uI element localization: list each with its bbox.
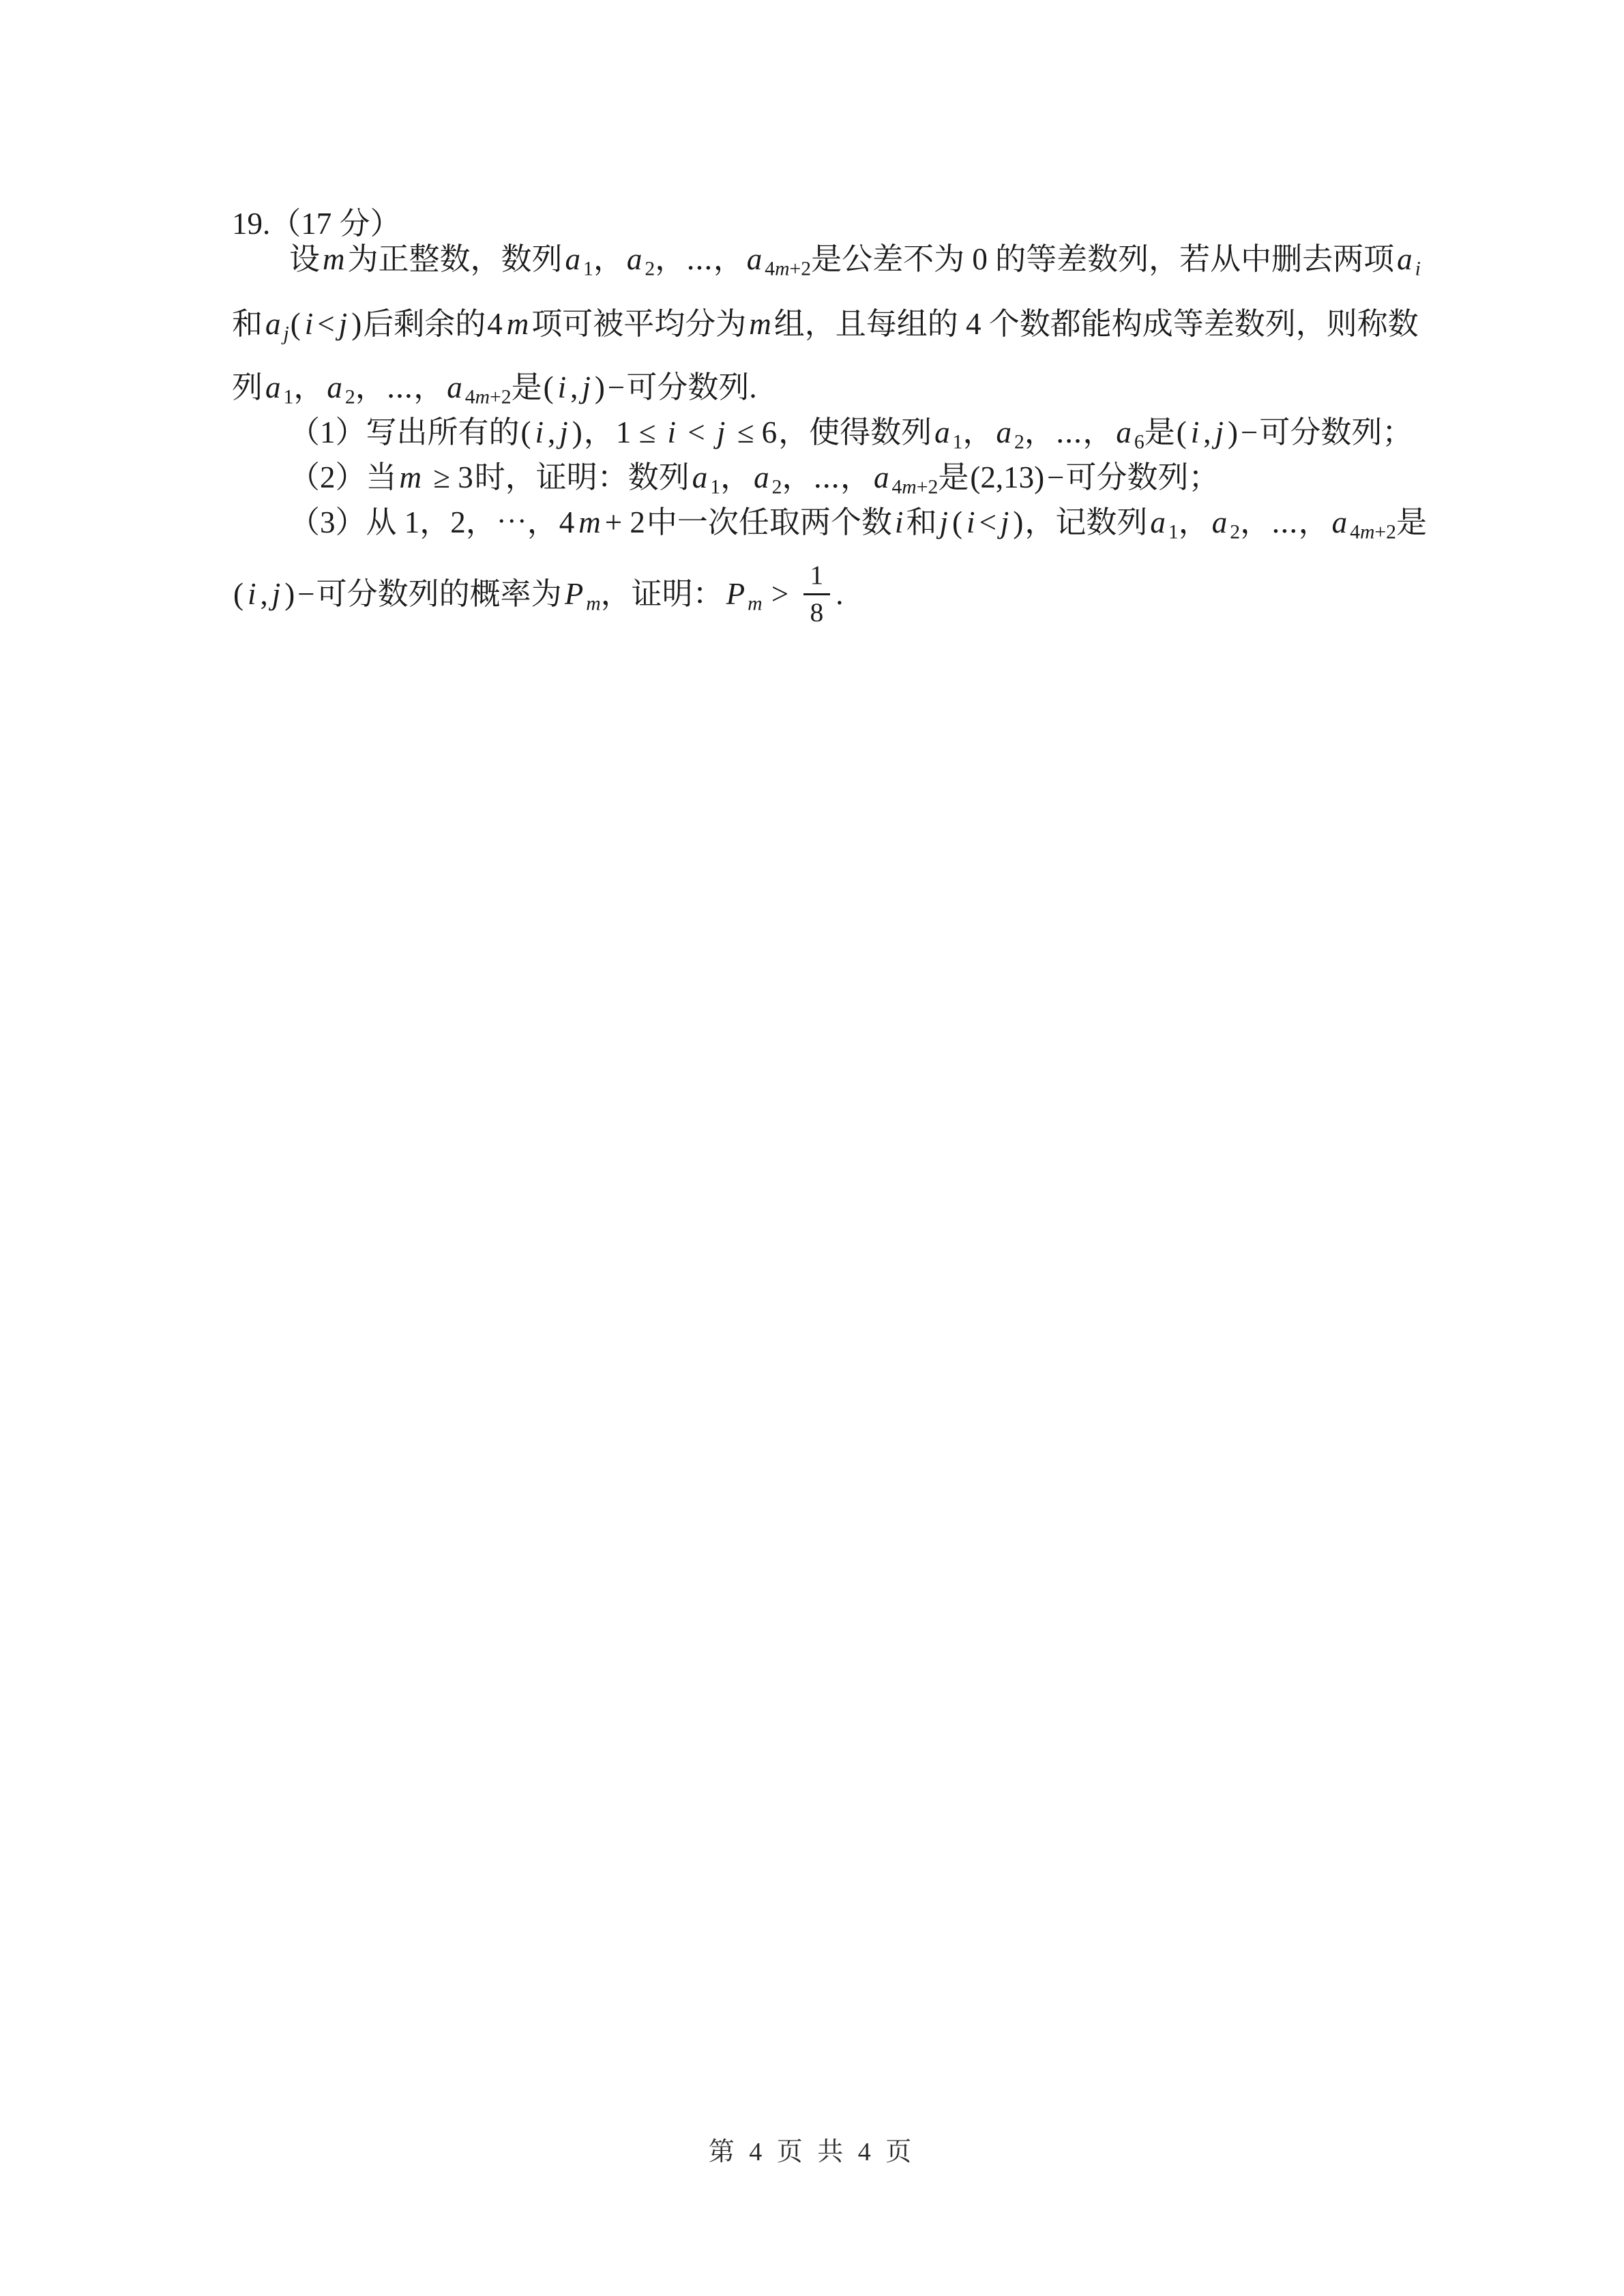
text-run: 2 (1230, 521, 1240, 543)
text-run: 1 ≤ (616, 415, 664, 449)
text-run: − (297, 577, 314, 611)
text-run: 组，且每组的 4 个数都能构成等差数列，则称数 (774, 307, 1419, 341)
text-run: − (1047, 460, 1064, 494)
text-run: 列 (232, 370, 263, 404)
text-run: 可分数列的概率为 (316, 577, 562, 611)
text-run: i (535, 415, 544, 449)
text-run: ， (584, 415, 615, 449)
text-run: ， (1179, 505, 1209, 539)
text-run: i (248, 577, 256, 611)
text-line-3: （1）写出所有的(i,j)，1 ≤ i < j ≤ 6，使得数列a1，a2，⋯，… (232, 413, 1432, 455)
text-run: m (507, 307, 529, 341)
text-run: 6 (1134, 431, 1145, 453)
text-run: +2 (790, 258, 812, 280)
text-run: 设 (289, 242, 320, 276)
text-run: ，⋯， (1024, 415, 1114, 449)
text-run: 2 (772, 476, 782, 498)
text-run: < (979, 505, 996, 539)
text-run: m (902, 476, 916, 498)
text-run: a (565, 242, 581, 276)
text-run: ( (521, 415, 531, 449)
text-run: 4 (891, 476, 902, 498)
text-line-5: （3）从 1，2，⋯，4m+ 2中一次任取两个数i和j(i<j)，记数列a1，a… (232, 503, 1432, 545)
text-run: ) (1013, 505, 1023, 539)
text-run: +2 (917, 476, 939, 498)
text-run: j (717, 415, 726, 449)
text-run: 和 (232, 307, 263, 341)
text-run: +2 (490, 386, 512, 408)
text-line-4: （2）当m ≥ 3时，证明：数列a1，a2，⋯，a4m+2是(2,13)−可分数… (232, 458, 1432, 500)
text-run: i (558, 370, 567, 404)
document-page: 19.（17 分） 设m为正整数，数列a1，a2，⋯，a4m+2是公差不为 0 … (0, 0, 1624, 2296)
text-run: j (939, 505, 948, 539)
text-run: ) (284, 577, 295, 611)
text-run: 可分数列； (1065, 460, 1219, 494)
text-run: 中一次任取两个数 (647, 505, 892, 539)
text-run: ，记数列 (1024, 505, 1147, 539)
text-run: 4 (1350, 521, 1360, 543)
text-run: m (323, 242, 345, 276)
text-run: , (1203, 415, 1211, 449)
text-run: − (1241, 415, 1258, 449)
text-run: m (400, 460, 422, 494)
text-run: m (1360, 521, 1374, 543)
text-run: − (608, 370, 625, 404)
text-run: ) (1228, 415, 1238, 449)
text-run: （1）写出所有的 (289, 415, 520, 449)
text-run: ，使得数列 (778, 415, 932, 449)
text-run: ，证明： (601, 577, 724, 611)
text-run: ) (351, 307, 361, 341)
text-run: j (284, 323, 289, 344)
text-run: a (996, 415, 1012, 449)
text-run: 4 (765, 258, 775, 280)
text-run: +2 (1374, 521, 1396, 543)
text-run: 是 (938, 460, 969, 494)
text-run: P (565, 577, 584, 611)
text-run: ，⋯， (655, 242, 744, 276)
text-run: j (582, 370, 591, 404)
text-run: ，⋯， (1240, 505, 1329, 539)
text-run: m (775, 258, 789, 280)
text-run: 和 (906, 505, 936, 539)
text-run: 2 (1014, 431, 1024, 453)
page-footer: 第 4 页 共 4 页 (0, 2130, 1624, 2168)
text-run: i (895, 505, 904, 539)
text-run: ，⋯， (355, 370, 445, 404)
text-run: a (692, 460, 708, 494)
text-run: 1 (284, 386, 294, 408)
text-run: 1 (583, 258, 593, 280)
text-run: + 2 (605, 505, 645, 539)
text-run: , (570, 370, 578, 404)
text-run: < (317, 307, 334, 341)
text-run: j (559, 415, 568, 449)
text-run: P (726, 577, 745, 611)
text-run: ( (544, 370, 554, 404)
text-run: 项可被平均分为 (531, 307, 746, 341)
text-run: ， (293, 370, 324, 404)
text-run: i (1191, 415, 1200, 449)
text-line-1: 和aj(i<j)后剩余的4m项可被平均分为m组，且每组的 4 个数都能构成等差数… (232, 305, 1432, 346)
text-run: a (265, 370, 281, 404)
text-run: i (1415, 258, 1421, 280)
text-run: 2 (645, 258, 655, 280)
text-run: 2 (345, 386, 355, 408)
text-run: j (339, 307, 348, 341)
text-run: m (749, 307, 771, 341)
text-run: 1 (953, 431, 963, 453)
text-run: ， (593, 242, 624, 276)
text-run: a (1116, 415, 1132, 449)
text-run: 是 (1145, 415, 1175, 449)
text-run: ≤ 6 (729, 415, 777, 449)
text-run: a (1212, 505, 1228, 539)
text-line-6: (i,j)−可分数列的概率为Pm，证明：Pm > 18. (232, 561, 1432, 627)
text-run: 后剩余的 (363, 307, 486, 341)
text-run: ) (595, 370, 605, 404)
text-run: , (261, 577, 268, 611)
text-run: 为正整数，数列 (348, 242, 563, 276)
text-run: a (1150, 505, 1166, 539)
text-run: a (265, 307, 281, 341)
text-run: ( (952, 505, 962, 539)
text-run: i (305, 307, 314, 341)
text-run: ， (720, 460, 751, 494)
text-run: > (764, 577, 797, 611)
text-run: （2）当 (289, 460, 397, 494)
text-run: 1 (710, 476, 720, 498)
text-run: 时，证明：数列 (475, 460, 690, 494)
fraction: 18 (803, 561, 831, 627)
text-run: 是 (1396, 505, 1427, 539)
text-run: 可分数列. (626, 370, 756, 404)
text-run: i (668, 415, 677, 449)
text-run: . (836, 577, 843, 611)
problem-number-heading: 19.（17 分） (232, 205, 1432, 243)
text-run: 1 (1168, 521, 1179, 543)
text-run: a (934, 415, 950, 449)
text-run: a (874, 460, 889, 494)
text-run: 是 (512, 370, 542, 404)
text-run: < (680, 415, 713, 449)
text-run: a (747, 242, 763, 276)
text-run: 4 (559, 505, 575, 539)
text-run: ≥ 3 (426, 460, 473, 494)
text-run: ， (963, 415, 994, 449)
text-run: m (586, 593, 600, 614)
text-run: j (1001, 505, 1009, 539)
text-run: a (1332, 505, 1348, 539)
text-run: , (548, 415, 555, 449)
text-run: a (1397, 242, 1413, 276)
text-run: a (754, 460, 769, 494)
text-run: ) (572, 415, 582, 449)
text-run: a (327, 370, 342, 404)
text-run: m (475, 386, 490, 408)
text-run: ( (233, 577, 243, 611)
text-line-2: 列a1，a2，⋯，a4m+2是(i,j)−可分数列. (232, 368, 1432, 410)
text-run: 可分数列； (1259, 415, 1413, 449)
text-run: m (748, 593, 762, 614)
text-run: (2,13) (970, 460, 1044, 494)
text-run: ( (1177, 415, 1187, 449)
text-run: ( (291, 307, 301, 341)
text-run: 是公差不为 0 的等差数列，若从中删去两项 (811, 242, 1394, 276)
text-line-0: 设m为正整数，数列a1，a2，⋯，a4m+2是公差不为 0 的等差数列，若从中删… (232, 240, 1432, 282)
text-run: i (966, 505, 975, 539)
text-run: ，⋯， (782, 460, 871, 494)
text-run: 4 (487, 307, 503, 341)
text-run: a (627, 242, 643, 276)
text-run: m (578, 505, 601, 539)
text-run: 4 (465, 386, 475, 408)
text-run: （3）从 1，2，⋯， (289, 505, 558, 539)
text-run: j (272, 577, 281, 611)
text-run: a (447, 370, 462, 404)
text-run: j (1215, 415, 1224, 449)
